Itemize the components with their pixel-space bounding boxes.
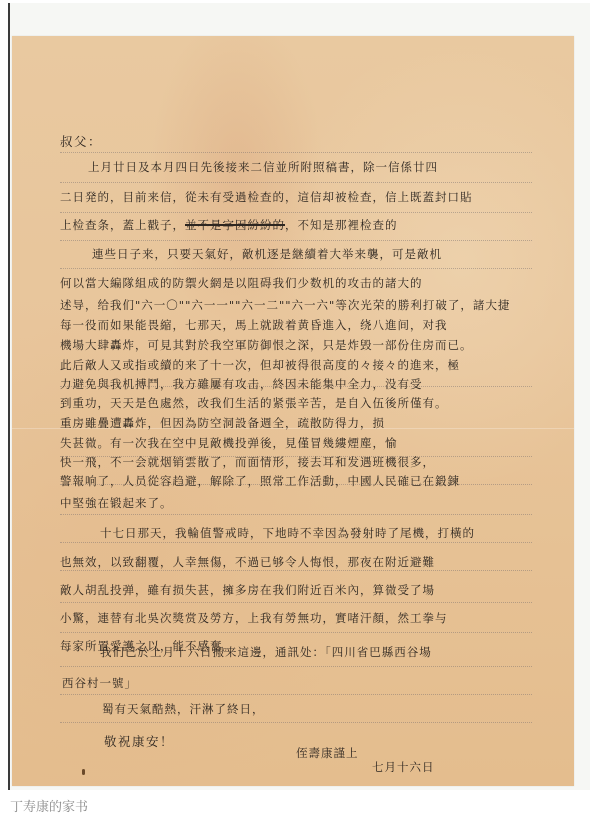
ruled-line: [60, 722, 532, 723]
letter-line: 敵人胡乱投弹，雖有损失甚，擁多房在我们附近百米內，算微受了場: [60, 585, 435, 597]
letter-line: 小驚，連替有北吳次獎赏及勞方，上我有勞無功，實啫汗顏，然工拳与: [60, 613, 448, 625]
ruled-line: [60, 602, 532, 603]
letter-figure: 叔父： 上月廿日及本月四日先後接来二信並所附照稿書，除一信係廿四 二日発的，目前…: [0, 0, 590, 824]
ruled-line: [60, 542, 532, 543]
letter-line: 上月廿日及本月四日先後接来二信並所附照稿書，除一信係廿四: [88, 162, 438, 174]
ruled-line: [60, 152, 532, 153]
letter-line-text: 上检查条，蓋上戳子，: [60, 218, 185, 232]
ruled-line: [60, 182, 532, 183]
letter-line: 到重功，天天是色處然，改我们生活的紧張辛苦，是自入伍後所僅有。: [60, 398, 448, 410]
letter-line-weather: 蜀有天氣酷熱，汗淋了終日，: [102, 704, 265, 716]
letter-line: 失甚微。有一次我在空中見敵機投弹後，見僅冒幾縷煙塵，愉: [60, 438, 398, 450]
letter-line: 連些日子来，只要天氣好，敵机逐是継續着大举来襲，可是敵机: [92, 249, 442, 261]
letter-paper: 叔父： 上月廿日及本月四日先後接来二信並所附照稿書，除一信係廿四 二日発的，目前…: [12, 36, 574, 786]
letter-line-suffix: ，不知是那裡检查的: [285, 218, 398, 232]
ruled-line: [60, 632, 532, 633]
ruled-line: [60, 694, 532, 695]
ruled-line: [60, 514, 532, 515]
letter-line: 也無效，以致翻覆，人幸無傷，不過已够令人悔恨，那夜在附近避難: [60, 557, 435, 569]
ink-stain: [82, 769, 85, 775]
letter-line: 機場大肆轟炸，可見其對於我空軍防御恨之深，只是炸毁一部份住房而已。: [60, 340, 473, 352]
letter-line-address-cont: 西谷村一號」: [62, 678, 137, 690]
letter-line: 述导，给我们"六一〇""六一一""六一二""六一六"等次光荣的勝利打破了，諸大捷: [60, 300, 510, 312]
letter-line: 二日発的，目前来信，從未有受過检查的，這信却被检查，信上既蓋封口貼: [60, 192, 473, 204]
letter-line: 十七日那天，我輪值警戒時，下地時不幸因為發射時了尾機，打橫的: [100, 528, 475, 540]
figure-caption: 丁寿康的家书: [10, 796, 88, 815]
letter-signature: 侄壽康謹上: [296, 748, 359, 760]
letter-line: 每一役而如果能畏縮，七那天，馬上就跋着黄昏進入，绕八進间，对我: [60, 320, 448, 332]
letter-line: 力避免與我机搏鬥，我方雖屢有攻击，終因未能集中全力，没有受: [60, 379, 423, 391]
letter-salutation: 叔父：: [60, 136, 102, 149]
letter-line: 重房雖疊遭轟炸，但因為防空洞設备週全，疏散防得力，损: [60, 418, 385, 430]
letter-line: 何以當大編隊組成的防禦火網是以阻碍我们少数机的攻击的諸大的: [60, 278, 423, 290]
letter-line: 快一飛，不一会就烟销雲散了，而面情形，接去耳和发遇班機很多，: [60, 457, 435, 469]
letter-line: 此后敵人又或指或續的来了十一次，但却被得很高度的々接々的進来，極: [60, 360, 460, 372]
letter-closing: 敬祝康安！: [104, 736, 174, 749]
ruled-line: [60, 268, 532, 269]
ruled-line: [60, 570, 532, 571]
letter-date: 七月十六日: [372, 762, 435, 774]
letter-line: 上检查条，蓋上戳子，並不是字因紛紛的，不知是那裡检查的: [60, 220, 398, 232]
letter-line: 中堅強在锻起来了。: [60, 498, 173, 510]
ruled-line: [60, 666, 532, 667]
letter-line-address: 我们已於上月十六日搬来這邊，通訊处：「四川省巴縣西谷場: [100, 647, 432, 659]
struck-text: 並不是字因紛紛的: [185, 218, 285, 232]
letter-line: 警報响了，人员從容趋避，解除了，照常工作活動，中國人民確已在鍛鍊: [60, 476, 460, 488]
ruled-line: [60, 212, 532, 213]
ruled-line: [60, 240, 532, 241]
